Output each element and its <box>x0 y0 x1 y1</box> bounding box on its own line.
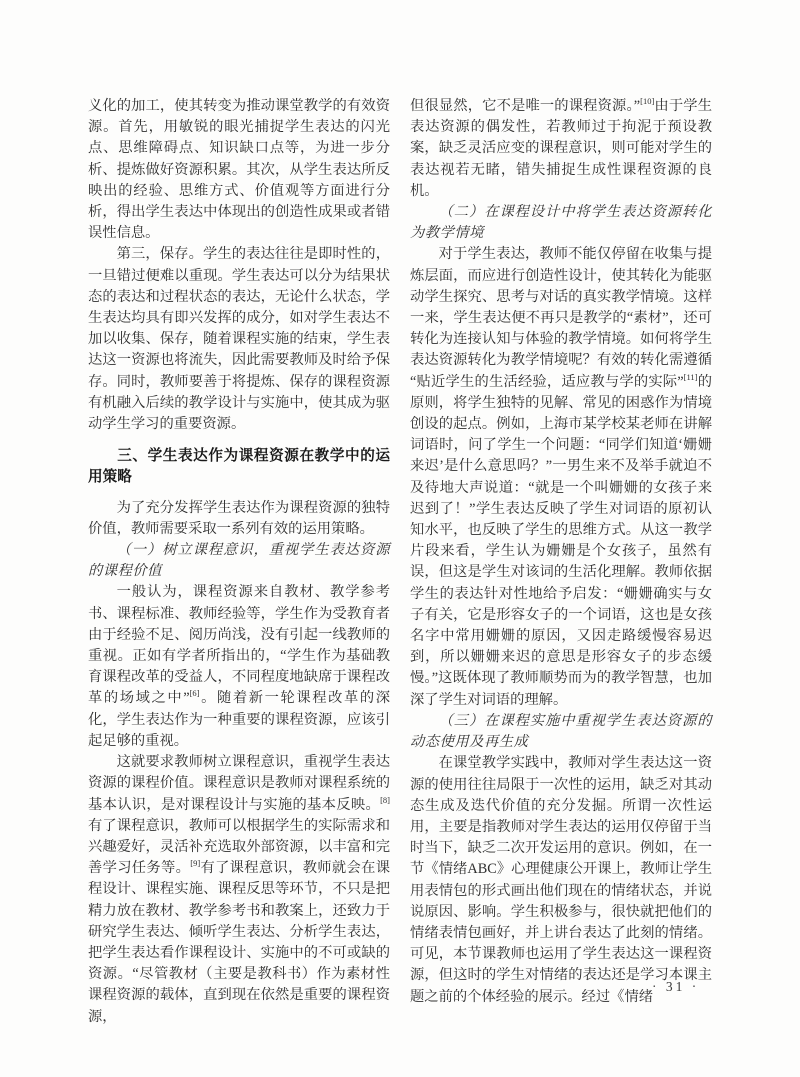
subsection-heading: （三）在课程实施中重视学生表达资源的动态使用及再生成 <box>410 711 712 753</box>
paragraph: 在课堂教学实践中，教师对学生表达这一资源的使用往往局限于一次性的运用，缺乏对其动… <box>410 753 712 1007</box>
page-body: 义化的加工，使其转变为推动课堂教学的有效资源。首先，用敏锐的眼光捕捉学生表达的闪… <box>88 96 712 1028</box>
citation-ref: [11] <box>684 372 698 382</box>
text-run: 义化的加工，使其转变为推动课堂教学的有效资源。首先，用敏锐的眼光捕捉学生表达的闪… <box>88 98 390 241</box>
text-run: 为了充分发挥学生表达作为课程资源的独特价值，教师需要采取一系列有效的运用策略。 <box>88 500 390 537</box>
paragraph: 第三，保存。学生的表达往往是即时性的，一旦错过便难以重现。学生表达可以分为结果状… <box>88 244 390 435</box>
paragraph: 义化的加工，使其转变为推动课堂教学的有效资源。首先，用敏锐的眼光捕捉学生表达的闪… <box>88 96 390 244</box>
text-run: （二）在课程设计中将学生表达资源转化为教学情境 <box>410 204 712 241</box>
paragraph: 对于学生表达，教师不能仅停留在收集与提炼层面，而应进行创造性设计，使其转化为能驱… <box>410 244 712 710</box>
subsection-heading: （一）树立课程意识，重视学生表达资源的课程价值 <box>88 540 390 582</box>
citation-ref: [10] <box>640 96 654 106</box>
text-run: 三、学生表达作为课程资源在教学中的运用策略 <box>88 448 390 485</box>
text-run: 这就要求教师树立课程意识，重视学生表达资源的课程价值。课程意识是教师对课程系统的… <box>88 754 390 812</box>
citation-ref: [9] <box>190 858 200 868</box>
text-run: 的原则，将学生独特的见解、常见的困惑作为情境创设的起点。例如，上海市某学校某老师… <box>410 374 712 708</box>
text-run: 一般认为，课程资源来自教材、教学参考书、课程标准、教师经验等，学生作为受教育者由… <box>88 584 390 706</box>
citation-ref: [6] <box>190 689 200 699</box>
subsection-heading: （二）在课程设计中将学生表达资源转化为教学情境 <box>410 202 712 244</box>
right-column: 但很显然，它不是唯一的课程资源。”[10]由于学生表达资源的偶发性，若教师过于拘… <box>410 96 712 1028</box>
paragraph: 为了充分发挥学生表达作为课程资源的独特价值，教师需要采取一系列有效的运用策略。 <box>88 498 390 540</box>
paragraph: 但很显然，它不是唯一的课程资源。”[10]由于学生表达资源的偶发性，若教师过于拘… <box>410 96 712 202</box>
text-run: 有了课程意识，教师就会在课程设计、课程实施、课程反思等环节，不只是把精力放在教材… <box>88 860 390 1024</box>
text-run: 对于学生表达，教师不能仅停留在收集与提炼层面，而应进行创造性设计，使其转化为能驱… <box>410 246 712 389</box>
paragraph: 这就要求教师树立课程意识，重视学生表达资源的课程价值。课程意识是教师对课程系统的… <box>88 752 390 1028</box>
citation-ref: [8] <box>380 795 390 805</box>
page: 义化的加工，使其转变为推动课堂教学的有效资源。首先，用敏锐的眼光捕捉学生表达的闪… <box>0 0 800 1077</box>
text-run: 但很显然，它不是唯一的课程资源。” <box>410 98 640 114</box>
text-run: （一）树立课程意识，重视学生表达资源的课程价值 <box>88 542 390 579</box>
text-run: 在课堂教学实践中，教师对学生表达这一资源的使用往往局限于一次性的运用，缺乏对其动… <box>410 755 712 1004</box>
paragraph: 一般认为，课程资源来自教材、教学参考书、课程标准、教师经验等，学生作为受教育者由… <box>88 582 390 752</box>
left-column: 义化的加工，使其转变为推动课堂教学的有效资源。首先，用敏锐的眼光捕捉学生表达的闪… <box>88 96 390 1028</box>
text-run: 第三，保存。学生的表达往往是即时性的，一旦错过便难以重现。学生表达可以分为结果状… <box>88 246 390 432</box>
page-number: · 31 · <box>652 979 699 995</box>
text-run: （三）在课程实施中重视学生表达资源的动态使用及再生成 <box>410 713 712 750</box>
section-heading: 三、学生表达作为课程资源在教学中的运用策略 <box>88 446 390 488</box>
